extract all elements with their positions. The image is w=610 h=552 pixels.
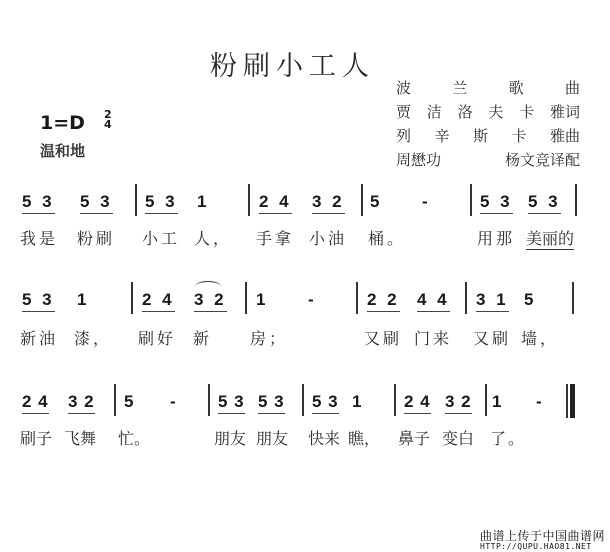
note-group: 5 3 <box>145 192 178 214</box>
note-group: 5 3 <box>312 392 339 414</box>
lyric: 用那 <box>477 226 515 249</box>
lyric: 门来 <box>414 326 452 349</box>
lyric: 房； <box>250 326 288 349</box>
note-group: 2 2 <box>367 290 400 312</box>
final-barline-thin <box>566 384 568 418</box>
dash: - <box>536 392 545 412</box>
barline <box>131 282 133 314</box>
note-group: 5 3 <box>22 290 55 312</box>
credit-lyricist: 贾 洁 洛 夫 卡 雅词 <box>396 100 580 124</box>
barline <box>361 184 363 216</box>
barline <box>572 282 574 314</box>
barline <box>302 384 304 416</box>
note-group: 2 4 <box>142 290 175 312</box>
note-group: 3 2 <box>68 392 95 414</box>
note: 1 <box>256 290 268 310</box>
lyric: 刷好 <box>138 326 176 349</box>
credit-text: 卡 <box>519 100 534 124</box>
credit-text: 卡 <box>511 124 526 148</box>
barline <box>485 384 487 416</box>
credit-text: 斯 <box>473 124 488 148</box>
lyric: 漆， <box>74 326 112 349</box>
dash: - <box>422 192 431 212</box>
barline <box>208 384 210 416</box>
note-group: 5 3 <box>258 392 285 414</box>
tempo-marking: 温和地 <box>40 140 85 161</box>
lyric: 瞧， <box>348 426 380 449</box>
credit-text: 贾 <box>396 100 411 124</box>
lyric: 小油 <box>309 226 347 249</box>
credits: 波 兰 歌 曲 贾 洁 洛 夫 卡 雅词 列 辛 斯 卡 雅曲 周懋功 杨文竞译… <box>396 76 580 172</box>
credit-text: 雅曲 <box>550 124 580 148</box>
note-group: 2 4 <box>259 192 292 214</box>
barline <box>114 384 116 416</box>
credit-text: 雅词 <box>550 100 580 124</box>
barline <box>245 282 247 314</box>
lyric: 了。 <box>490 426 526 449</box>
note-group: 3 1 <box>476 290 509 312</box>
lyric: 人， <box>194 226 232 249</box>
note: 1 <box>77 290 89 310</box>
time-signature: 2 4 <box>104 110 112 130</box>
credit-text: 周懋功 <box>396 148 441 172</box>
note: 5 <box>370 192 382 212</box>
lyric: 美丽的 <box>526 226 574 250</box>
barline <box>394 384 396 416</box>
credit-text: 曲 <box>565 76 580 100</box>
credit-text: 歌 <box>509 76 524 100</box>
lyric: 朋友 <box>256 426 288 449</box>
dash: - <box>170 392 179 412</box>
note: 1 <box>492 392 504 412</box>
note-group: 5 3 <box>22 192 55 214</box>
lyric: 忙。 <box>118 426 150 449</box>
credit-text: 夫 <box>488 100 503 124</box>
lyric: 变白 <box>442 426 474 449</box>
note-group: 4 4 <box>417 290 450 312</box>
final-barline-thick <box>570 384 575 418</box>
note-group: 3 2 <box>312 192 345 214</box>
lyric: 桶。 <box>368 226 406 249</box>
lyric: 新 <box>193 326 212 349</box>
time-signature-bottom: 4 <box>104 120 112 130</box>
barline <box>356 282 358 314</box>
lyric: 朋友 <box>214 426 246 449</box>
barline <box>135 184 137 216</box>
lyric: 墙， <box>521 326 559 349</box>
note-group: 5 3 <box>528 192 561 214</box>
barline <box>465 282 467 314</box>
lyric: 我是 <box>20 226 58 249</box>
lyric: 又刷 <box>364 326 402 349</box>
song-title: 粉刷小工人 <box>210 44 375 83</box>
watermark-url: HTTP://QUPU.HAO81.NET <box>480 542 592 551</box>
dash: - <box>308 290 317 310</box>
lyric: 鼻子 <box>398 426 430 449</box>
barline <box>248 184 250 216</box>
note-group: 3 2 <box>194 290 227 312</box>
note: 1 <box>352 392 364 412</box>
note: 5 <box>524 290 536 310</box>
lyric: 飞舞 <box>64 426 96 449</box>
barline <box>470 184 472 216</box>
credit-translators: 周懋功 杨文竞译配 <box>396 148 580 172</box>
credit-text: 波 <box>396 76 411 100</box>
lyric: 小工 <box>142 226 180 249</box>
lyric: 快来 <box>308 426 340 449</box>
note-group: 2 4 <box>22 392 49 414</box>
note-group: 3 2 <box>445 392 472 414</box>
credit-text: 兰 <box>452 76 467 100</box>
lyric: 又刷 <box>473 326 511 349</box>
note: 5 <box>124 392 136 412</box>
note: 1 <box>197 192 209 212</box>
lyric: 粉刷 <box>77 226 115 249</box>
note-group: 5 3 <box>480 192 513 214</box>
note-group: 5 3 <box>218 392 245 414</box>
credit-text: 洁 <box>427 100 442 124</box>
credit-composer: 列 辛 斯 卡 雅曲 <box>396 124 580 148</box>
note-group: 2 4 <box>404 392 431 414</box>
credit-origin: 波 兰 歌 曲 <box>396 76 580 100</box>
credit-text: 辛 <box>434 124 449 148</box>
barline <box>575 184 577 216</box>
credit-text: 洛 <box>458 100 473 124</box>
credit-text: 杨文竞译配 <box>505 148 580 172</box>
lyric: 手拿 <box>256 226 294 249</box>
note-group: 5 3 <box>80 192 113 214</box>
lyric: 新油 <box>20 326 58 349</box>
key-signature: 1=D <box>40 112 85 134</box>
credit-text: 列 <box>396 124 411 148</box>
lyric: 刷子 <box>20 426 52 449</box>
